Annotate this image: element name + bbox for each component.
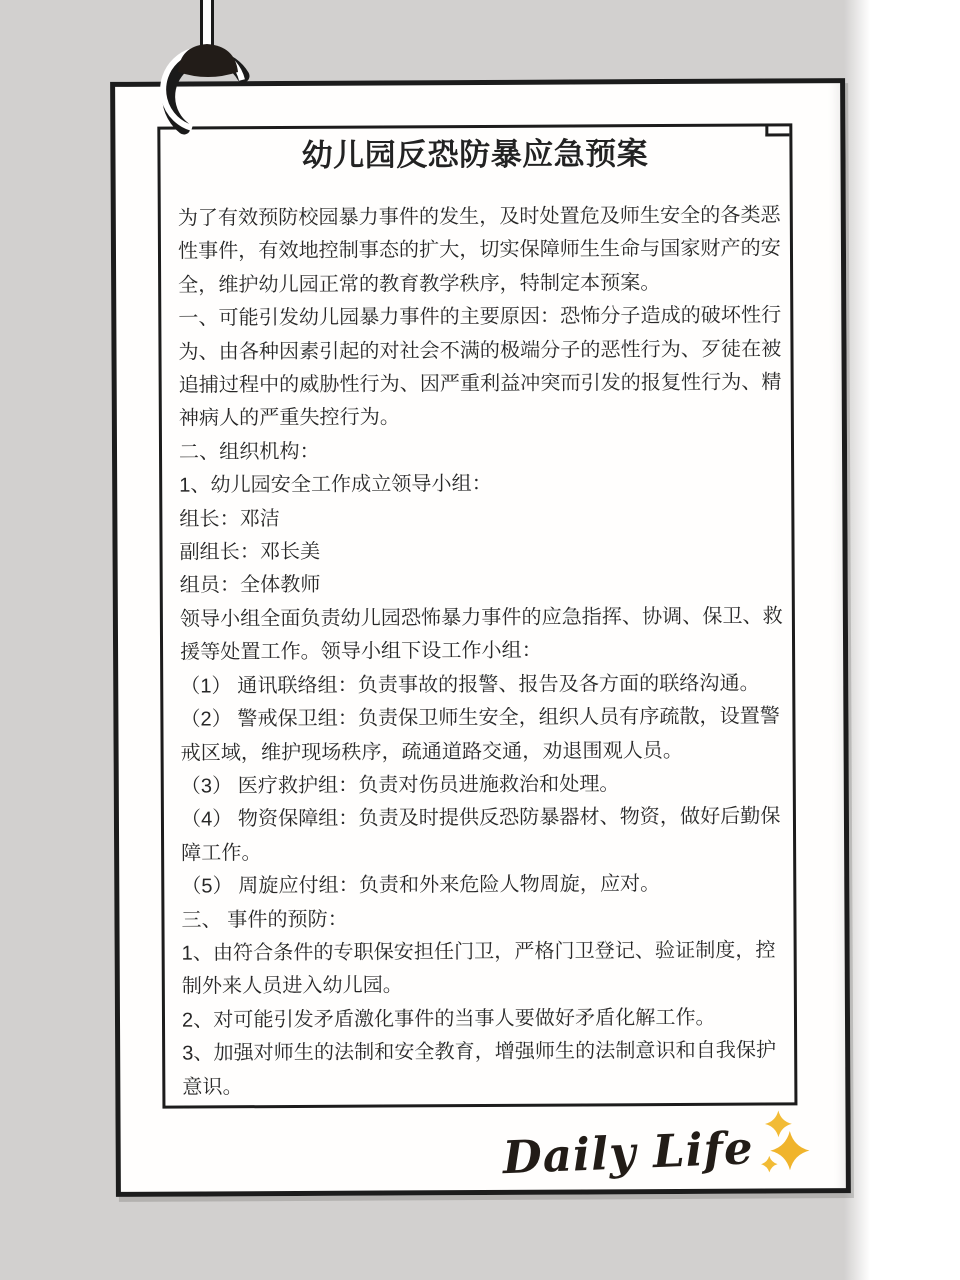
document-frame: 幼儿园反恐防暴应急预案 为了有效预防校园暴力事件的发生，及时处置危及师生安全的各… — [157, 123, 797, 1108]
paragraph-section2-heading: 二、组织机构： — [179, 433, 791, 470]
paragraph-intro: 为了有效预防校园暴力事件的发生，及时处置危及师生安全的各类恶性事件，有效地控制事… — [178, 199, 791, 302]
watermark-text: Daily Life — [502, 1121, 755, 1184]
clip-head — [178, 44, 238, 77]
document-body: 为了有效预防校园暴力事件的发生，及时处置危及师生安全的各类恶性事件，有效地控制事… — [161, 199, 795, 1104]
paragraph-section3-heading: 三、 事件的预防： — [181, 901, 793, 938]
paragraph-group-leader: 组长：邓洁 — [179, 500, 791, 537]
paragraph-item-4: （4） 物资保障组：负责及时提供反恐防暴器材、物资，做好后勤保障工作。 — [181, 801, 793, 871]
paragraph-members: 组员：全体教师 — [180, 567, 792, 604]
paragraph-deputy-leader: 副组长：邓长美 — [179, 533, 791, 570]
paragraph-item-3: （3） 医疗救护组：负责对伤员进施救治和处理。 — [181, 767, 793, 804]
paragraph-item-2: （2） 警戒保卫组：负责保卫师生安全，组织人员有序疏散，设置警戒区域，维护现场秩… — [180, 700, 792, 770]
paragraph-section1: 一、可能引发幼儿园暴力事件的主要原因：恐怖分子造成的破坏性行为、由各种因素引起的… — [178, 300, 791, 437]
paragraph-item-5: （5） 周旋应付组：负责和外来危险人物周旋，应对。 — [181, 867, 793, 904]
sparkles-icon — [755, 1109, 811, 1175]
paragraph-prevention-3: 3、加强对师生的法制和安全教育，增强师生的法制意识和自我保护意识。 — [182, 1035, 794, 1105]
paragraph-prevention-2: 2、对可能引发矛盾激化事件的当事人要做好矛盾化解工作。 — [182, 1001, 794, 1038]
hanging-clip-icon — [140, 0, 270, 150]
paragraph-leading-group: 1、幼儿园安全工作成立领导小组： — [179, 467, 791, 504]
paragraph-item-1: （1） 通讯联络组：负责事故的报警、报告及各方面的联络沟通。 — [180, 667, 792, 704]
scan-notch — [765, 126, 789, 136]
watermark: Daily Life — [503, 1109, 812, 1180]
clip-string — [202, 0, 213, 49]
paragraph-group-duties: 领导小组全面负责幼儿园恐怖暴力事件的应急指挥、协调、保卫、救援等处置工作。领导小… — [180, 600, 792, 670]
paper-card: 幼儿园反恐防暴应急预案 为了有效预防校园暴力事件的发生，及时处置危及师生安全的各… — [110, 78, 851, 1197]
paragraph-prevention-1: 1、由符合条件的专职保安担任门卫，严格门卫登记、验证制度，控制外来人员进入幼儿园… — [182, 934, 794, 1004]
